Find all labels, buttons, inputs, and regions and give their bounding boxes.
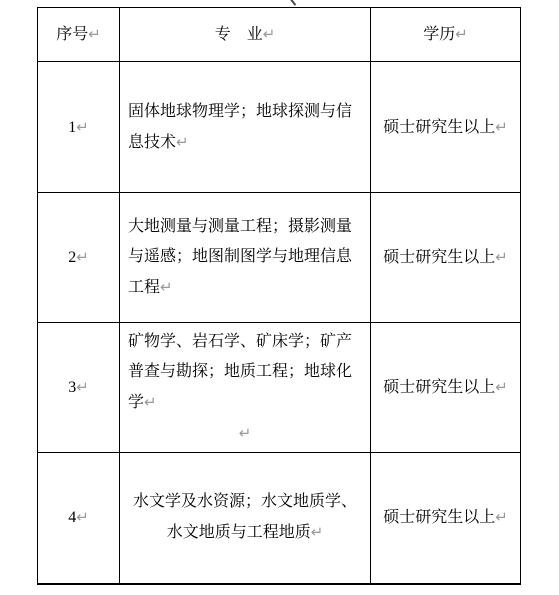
paragraph-mark-icon: ↵ (495, 378, 508, 396)
serial-cell[interactable]: 3↵ (38, 323, 120, 453)
header-degree-label: 学历 (423, 26, 455, 43)
table-row-2: 2↵ 大地测量与测量工程；摄影测量 与遥感；地图制图学与地理信息 工程↵ 硕士研… (38, 193, 521, 323)
degree-cell[interactable]: 硕士研究生以上↵ (371, 62, 521, 193)
major-text-line: 固体地球物理学；地球探测与信 (128, 97, 362, 127)
major-text: 息技术 (128, 134, 176, 151)
paragraph-mark-icon: ↵ (76, 508, 89, 526)
paragraph-mark-icon: ↵ (455, 25, 468, 43)
major-text: 学 (128, 394, 144, 411)
major-text: 普查与勘探；地质工程；地球化 (128, 363, 352, 380)
degree-cell[interactable]: 硕士研究生以上↵ (371, 453, 521, 584)
major-cell[interactable]: 大地测量与测量工程；摄影测量 与遥感；地图制图学与地理信息 工程↵ (120, 193, 371, 323)
paragraph-mark-icon: ↵ (160, 278, 173, 296)
paragraph-mark-icon: ↵ (239, 424, 252, 442)
major-cell[interactable]: 水文学及水资源；水文地质学、 水文地质与工程地质↵ (120, 453, 371, 584)
paragraph-mark-icon: ↵ (76, 118, 89, 136)
serial-cell[interactable]: 4↵ (38, 453, 120, 584)
paragraph-mark-icon: ↵ (76, 378, 89, 396)
majors-degree-table: 序号↵ 专 业↵ 学历↵ 1↵ 固体地球物理学；地球探测与信 息技术↵ 硕士研究… (37, 7, 521, 585)
paragraph-mark-icon: ↵ (263, 25, 276, 43)
degree-text: 硕士研究生以上 (383, 379, 495, 396)
degree-text: 硕士研究生以上 (383, 119, 495, 136)
major-text: 与遥感；地图制图学与地理信息 (128, 248, 352, 265)
degree-text: 硕士研究生以上 (383, 509, 495, 526)
major-text-line: 息技术↵ (128, 127, 362, 158)
major-text: 矿物学、岩石学、矿床学；矿产 (128, 333, 352, 350)
serial-cell[interactable]: 1↵ (38, 62, 120, 193)
major-text-line: 工程↵ (128, 272, 362, 303)
table-header-row: 序号↵ 专 业↵ 学历↵ (38, 8, 521, 62)
table-row-3: 3↵ 矿物学、岩石学、矿床学；矿产 普查与勘探；地质工程；地球化 学↵ ↵ 硕士… (38, 323, 521, 453)
major-text: 大地测量与测量工程；摄影测量 (128, 218, 352, 235)
empty-paragraph: ↵ (128, 418, 362, 449)
major-cell[interactable]: 矿物学、岩石学、矿床学；矿产 普查与勘探；地质工程；地球化 学↵ ↵ (120, 323, 371, 453)
major-text-line: 普查与勘探；地质工程；地球化 (128, 357, 362, 387)
table-row-1: 1↵ 固体地球物理学；地球探测与信 息技术↵ 硕士研究生以上↵ (38, 62, 521, 193)
major-text-line: 水文学及水资源；水文地质学、 (128, 487, 362, 517)
serial-number: 4 (68, 509, 76, 526)
header-cell-major[interactable]: 专 业↵ (120, 8, 371, 62)
major-text: 固体地球物理学；地球探测与信 (128, 103, 352, 120)
paragraph-mark-icon: ↵ (76, 248, 89, 266)
table-row-4: 4↵ 水文学及水资源；水文地质学、 水文地质与工程地质↵ 硕士研究生以上↵ (38, 453, 521, 584)
document-page: 序号↵ 专 业↵ 学历↵ 1↵ 固体地球物理学；地球探测与信 息技术↵ 硕士研究… (0, 0, 559, 595)
degree-text: 硕士研究生以上 (383, 249, 495, 266)
header-major-label: 专 业 (215, 26, 263, 43)
degree-cell[interactable]: 硕士研究生以上↵ (371, 323, 521, 453)
serial-number: 1 (68, 119, 76, 136)
major-text-line: 大地测量与测量工程；摄影测量 (128, 212, 362, 242)
serial-number: 2 (68, 249, 76, 266)
major-text-line: 水文地质与工程地质↵ (128, 517, 362, 548)
paragraph-mark-icon: ↵ (88, 25, 101, 43)
paragraph-mark-icon: ↵ (176, 133, 189, 151)
major-text: 工程 (128, 279, 160, 296)
major-text-line: 学↵ (128, 387, 362, 418)
header-cell-serial[interactable]: 序号↵ (38, 8, 120, 62)
paragraph-mark-icon: ↵ (495, 248, 508, 266)
clipped-glyph-artifact (290, 0, 297, 6)
major-cell[interactable]: 固体地球物理学；地球探测与信 息技术↵ (120, 62, 371, 193)
degree-cell[interactable]: 硕士研究生以上↵ (371, 193, 521, 323)
serial-cell[interactable]: 2↵ (38, 193, 120, 323)
header-cell-degree[interactable]: 学历↵ (371, 8, 521, 62)
major-text: 水文学及水资源；水文地质学、 (133, 493, 357, 510)
serial-number: 3 (68, 379, 76, 396)
paragraph-mark-icon: ↵ (144, 393, 157, 411)
major-text-line: 矿物学、岩石学、矿床学；矿产 (128, 327, 362, 357)
major-text-line: 与遥感；地图制图学与地理信息 (128, 242, 362, 272)
paragraph-mark-icon: ↵ (311, 523, 324, 541)
paragraph-mark-icon: ↵ (495, 118, 508, 136)
header-serial-label: 序号 (56, 26, 88, 43)
major-text: 水文地质与工程地质 (167, 524, 311, 541)
paragraph-mark-icon: ↵ (495, 508, 508, 526)
